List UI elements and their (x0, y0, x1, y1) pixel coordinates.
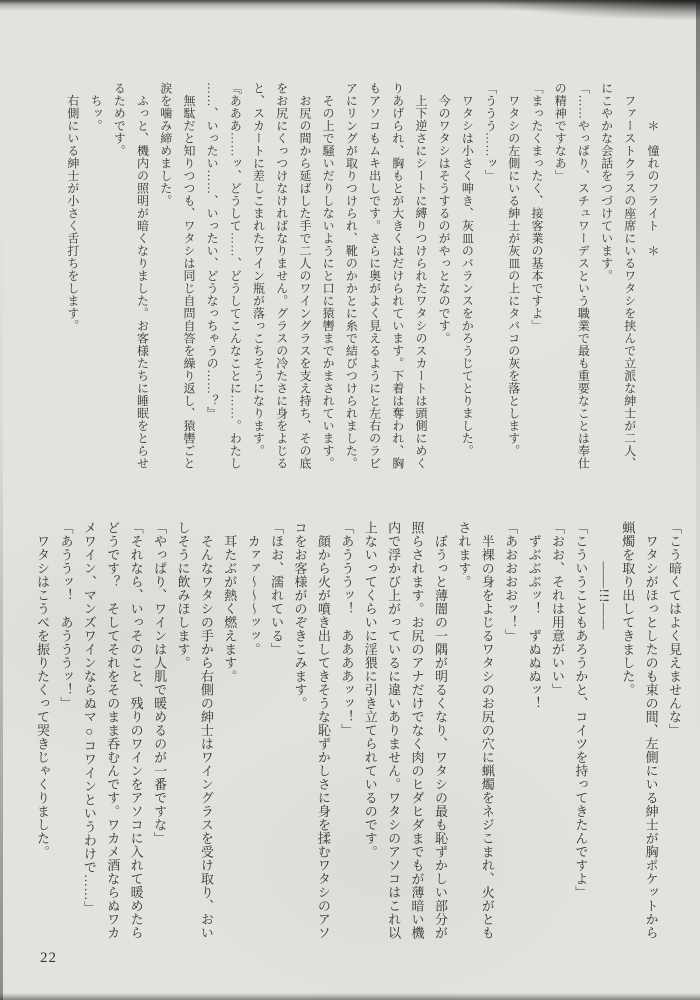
text-column: 無駄だと知りつつも、ワタシは同じ自問自答を繰り返し、猿轡ごと (177, 82, 200, 480)
text-column: ワタシの左側にいる紳士が灰皿の上にタバコの灰を落とします。 (502, 82, 525, 480)
text-column: ぼうっと薄闇の一隅が明るくなり、ワタシの最も恥ずかしい部分が (429, 521, 452, 953)
text-column: 「こう暗くてはよく見えませんな」 (663, 521, 686, 953)
text-column: 半裸の身をよじるワタシのお尻の穴に蝋燭をネジこまれ、火がとも (475, 521, 498, 953)
text-column: もアソコもムキ出しです。さらに奥がよく見えるようにと左右のラビ (362, 82, 385, 480)
text-column: 「あうううッ！ ああああッッ！」 (335, 521, 358, 953)
text-column: をお尻にくっつけなければなりません。グラスの冷たさに身をよじる (270, 82, 293, 480)
scan-edge-right (696, 0, 700, 1000)
text-column: ふっと、機内の照明が暗くなりました。お客様たちに睡眠をとらせ (130, 82, 153, 480)
text-column: 蝋燭を取り出してきました。 (616, 521, 639, 953)
text-column: の精神ですなあ」 (548, 82, 571, 480)
text-column: ワタシは小さく呻き、灰皿のバランスをかろうじてとりました。 (455, 82, 478, 480)
text-column: 「ほお、濡れている」 (265, 521, 288, 953)
text-column: しそうに飲みほします。 (171, 521, 194, 953)
text-column: ワタシがほっとしたのも束の間、左側にいる紳士が胸ポケットから (639, 521, 662, 953)
page-number: 22 (40, 950, 57, 967)
page-title: ＊ 憧れのフライト ＊ (641, 82, 664, 480)
text-column: 右側にいる紳士が小さく舌打ちをします。 (61, 82, 84, 480)
text-column: と、スカートに差しこまれたワイン瓶が落っこちそうになります。 (246, 82, 269, 480)
scan-edge-top-right (490, 0, 700, 20)
story-text-top-block: ＊ 憧れのフライト ＊ ファーストクラスの座席にいるワタシを挟んで立派な紳士が二… (61, 82, 664, 480)
text-column: されます。 (452, 521, 475, 953)
text-column: 照らされます。お尻のアナだけでなく肉のヒダヒダまでもが薄暗い機 (405, 521, 428, 953)
text-column: メワイン、マンズワインならぬマ○コワインというわけで……」 (77, 521, 100, 953)
text-column: 『あああ……ッ、どうして……、どうしてこんなことに……。わたし (223, 82, 246, 480)
text-column: 「やっぱり、ワインは人肌で暖めるのが一番ですな」 (148, 521, 171, 953)
text-column: 上ないってくらいに淫猥に引き立てられているのです。 (358, 521, 381, 953)
text-column: りあげられ、胸もとが大きくはだけられています。下着は奪われ、胸 (386, 82, 409, 480)
text-column: その上で騒いだりしないようにと口に猿轡までかまされています。 (316, 82, 339, 480)
text-column: るためです。 (107, 82, 130, 480)
text-column: 「ううう……ッ」 (478, 82, 501, 480)
text-column: 耳たぶが熱く燃えます。 (218, 521, 241, 953)
text-column: ――!!!―― (592, 521, 615, 953)
text-column: 「まったくまったく、接客業の基本ですよ」 (525, 82, 548, 480)
text-column: コをお客様がのぞきこみます。 (288, 521, 311, 953)
text-column: 「あおおおおッ！」 (499, 521, 522, 953)
scan-edge-left (0, 0, 3, 1000)
text-column: ずぶぶぶッ！ ずぬぬぬッ！ (522, 521, 545, 953)
text-column: ファーストクラスの座席にいるワタシを挟んで立派な紳士が二人、 (618, 82, 641, 480)
text-column: 「……やっぱり、スチュワーデスという職業で最も重要なことは奉仕 (571, 82, 594, 480)
text-column: ちッ。 (84, 82, 107, 480)
text-column: ワタシはこうべを振りたくって哭きじゃくりました。 (31, 521, 54, 953)
story-text-bottom-block: 「こう暗くてはよく見えませんな」 ワタシがほっとしたのも束の間、左側にいる紳士が… (31, 521, 686, 953)
scan-edge-bottom (0, 993, 700, 1000)
text-column: 「それなら、いっそのこと、残りのワインをアソコに入れて暖めたら (124, 521, 147, 953)
text-column: アにリングが取りつけられ、靴のかかとに糸で結びつけられました。 (339, 82, 362, 480)
text-column: 「あううッ！ あうううッ！」 (54, 521, 77, 953)
text-column: 内で浮かび上がっているに違いありません。ワタシのアソコはこれ以 (382, 521, 405, 953)
text-column: 涙を噛み締めました。 (154, 82, 177, 480)
text-column: 「こういうこともあろうかと、コイツを持ってきたんですよ」 (569, 521, 592, 953)
scanned-book-page: ＊ 憧れのフライト ＊ ファーストクラスの座席にいるワタシを挟んで立派な紳士が二… (0, 0, 700, 1000)
text-column: ……、いったい……、いったい、どうなっちゃうの……？』 (200, 82, 223, 480)
text-column: 顔から火が噴き出してきそうな恥ずかしさに身を揉むワタシのアソ (312, 521, 335, 953)
text-column: にこやかな会話をつづけています。 (594, 82, 617, 480)
text-column: そんなワタシの手から右側の紳士はワイングラスを受け取り、おい (194, 521, 217, 953)
text-column: 今のワタシはそうするのがやっとなのです。 (432, 82, 455, 480)
text-column: どうです？ そしてそれをそのまま呑むんです。ワカメ酒ならぬワカ (101, 521, 124, 953)
text-column: お尻の間から延ばした手で二人のワイングラスを支え持ち、その底 (293, 82, 316, 480)
text-column: 上下逆さにシートに縛りつけられたワタシのスカートは頭側にめく (409, 82, 432, 480)
text-column: 「おお、それは用意がいい」 (546, 521, 569, 953)
text-column: カァァ〜〜〜ッッ。 (241, 521, 264, 953)
